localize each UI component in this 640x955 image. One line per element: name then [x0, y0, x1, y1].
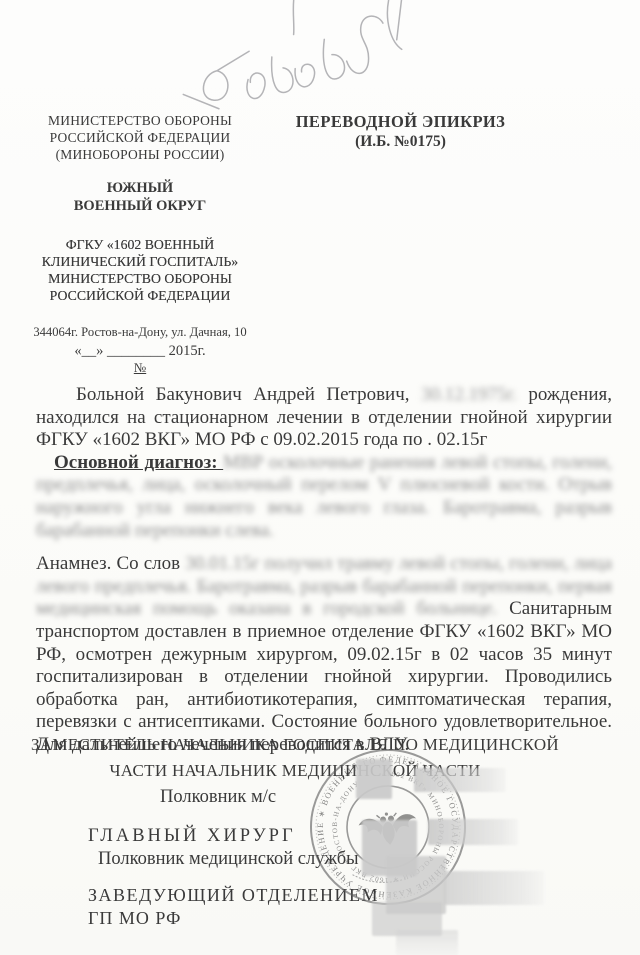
district-line: ЮЖНЫЙ: [20, 180, 260, 198]
military-district-block: ЮЖНЫЙ ВОЕННЫЙ ОКРУГ: [20, 180, 260, 215]
redaction-box: [396, 930, 458, 955]
diagnosis-label: Основной диагноз:: [54, 452, 223, 473]
redaction-box: [414, 768, 506, 792]
ministry-name-block: МИНИСТЕРСТВО ОБОРОНЫ РОССИЙСКОЙ ФЕДЕРАЦИ…: [20, 112, 260, 163]
birth-date-redacted-blur: 30.12.1975г.: [421, 384, 528, 405]
redaction-box: [444, 871, 544, 905]
document-title-block: ПЕРЕВОДНОЙ ЭПИКРИЗ (И.Б. №0175): [278, 112, 523, 152]
scanned-document-page: МИНИСТЕРСТВО ОБОРОНЫ РОССИЙСКОЙ ФЕДЕРАЦИ…: [0, 0, 640, 955]
transport-treatment-text: Санитарным транспортом доставлен в прием…: [36, 598, 612, 755]
case-history-number: (И.Б. №0175): [278, 132, 523, 152]
hospital-line: ФГКУ «1602 ВОЕННЫЙ: [20, 236, 260, 253]
diagnosis-paragraph: Основной диагноз: МВР осколочные ранения…: [36, 452, 612, 542]
letterhead-left-column: МИНИСТЕРСТВО ОБОРОНЫ РОССИЙСКОЙ ФЕДЕРАЦИ…: [20, 112, 260, 375]
hospital-address: 344064г. Ростов-на-Дону, ул. Дачная, 10: [20, 325, 260, 340]
handwritten-scribble: [150, 2, 450, 112]
document-title: ПЕРЕВОДНОЙ ЭПИКРИЗ: [278, 112, 523, 132]
ministry-line: (МИНОБОРОНЫ РОССИИ): [20, 146, 260, 163]
hospital-line: КЛИНИЧЕСКИЙ ГОСПИТАЛЬ»: [20, 253, 260, 270]
redaction-box: [356, 759, 392, 799]
ministry-line: РОССИЙСКОЙ ФЕДЕРАЦИИ: [20, 129, 260, 146]
hospital-line: МИНИСТЕРСТВО ОБОРОНЫ: [20, 270, 260, 287]
document-body: Больной Бакунович Андрей Петрович, 30.12…: [36, 384, 612, 757]
patient-paragraph: Больной Бакунович Андрей Петрович, 30.12…: [36, 384, 612, 452]
hospital-line: РОССИЙСКОЙ ФЕДЕРАЦИИ: [20, 287, 260, 304]
blank-date-line: «__» ________ 2015г.: [20, 343, 260, 360]
patient-intro-text: Больной Бакунович Андрей Петрович,: [76, 384, 421, 405]
district-line: ВОЕННЫЙ ОКРУГ: [20, 198, 260, 216]
redaction-box: [428, 819, 518, 845]
anamnesis-paragraph: Анамнез. Со слов 30.01.15г получил травм…: [36, 553, 612, 756]
ministry-line: МИНИСТЕРСТВО ОБОРОНЫ: [20, 112, 260, 129]
document-number-line: №: [20, 360, 260, 375]
hospital-name-block: ФГКУ «1602 ВОЕННЫЙ КЛИНИЧЕСКИЙ ГОСПИТАЛЬ…: [20, 236, 260, 304]
scribble-strokes: [174, 0, 411, 112]
anamnesis-label: Анамнез. Со слов: [36, 553, 185, 574]
